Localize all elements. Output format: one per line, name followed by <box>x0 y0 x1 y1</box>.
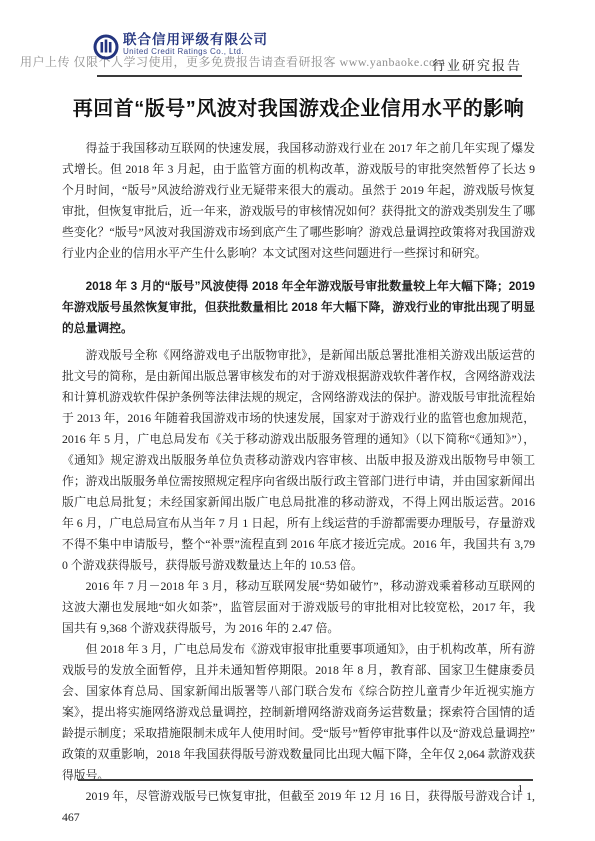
paragraph-intro: 得益于我国移动互联网的快速发展，我国移动游戏行业在 2017 年之前几年实现了爆… <box>62 138 535 264</box>
page-number: 1 <box>518 783 524 795</box>
company-logo-icon <box>93 34 119 65</box>
header-divider <box>97 75 522 77</box>
document-body: 得益于我国移动互联网的快速发展，我国移动游戏行业在 2017 年之前几年实现了爆… <box>62 138 535 828</box>
company-name-en: United Credit Ratings Co., Ltd. <box>123 47 268 57</box>
company-name-cn: 联合信用评级有限公司 <box>123 32 268 47</box>
report-type-label: 行业研究报告 <box>432 55 522 74</box>
paragraph-highlight: 2018 年 3 月的“版号”风波使得 2018 年全年游戏版号审批数量较上年大… <box>62 276 535 339</box>
paragraph-banhao-definition: 游戏版号全称《网络游戏电子出版物审批》，是新闻出版总署批准相关游戏出版运营的批文… <box>62 345 535 576</box>
footer-divider <box>78 779 533 781</box>
company-logo-text: 联合信用评级有限公司 United Credit Ratings Co., Lt… <box>123 32 268 57</box>
paragraph-2016-2018: 2016 年 7 月－2018 年 3 月，移动互联网发展“势如破竹”，移动游戏… <box>62 576 535 639</box>
company-logo: 联合信用评级有限公司 United Credit Ratings Co., Lt… <box>93 32 268 65</box>
paragraph-2018-suspension: 但 2018 年 3 月，广电总局发布《游戏审报审批重要事项通知》，由于机构改革… <box>62 639 535 786</box>
report-page: 用户上传 仅限个人学习使用，更多免费报告请查看研报客 www.yanbaoke.… <box>0 0 595 841</box>
document-title: 再回首“版号”风波对我国游戏企业信用水平的影响 <box>60 92 537 121</box>
paragraph-2019-resume: 2019 年，尽管游戏版号已恢复审批，但截至 2019 年 12 月 16 日，… <box>62 786 535 828</box>
